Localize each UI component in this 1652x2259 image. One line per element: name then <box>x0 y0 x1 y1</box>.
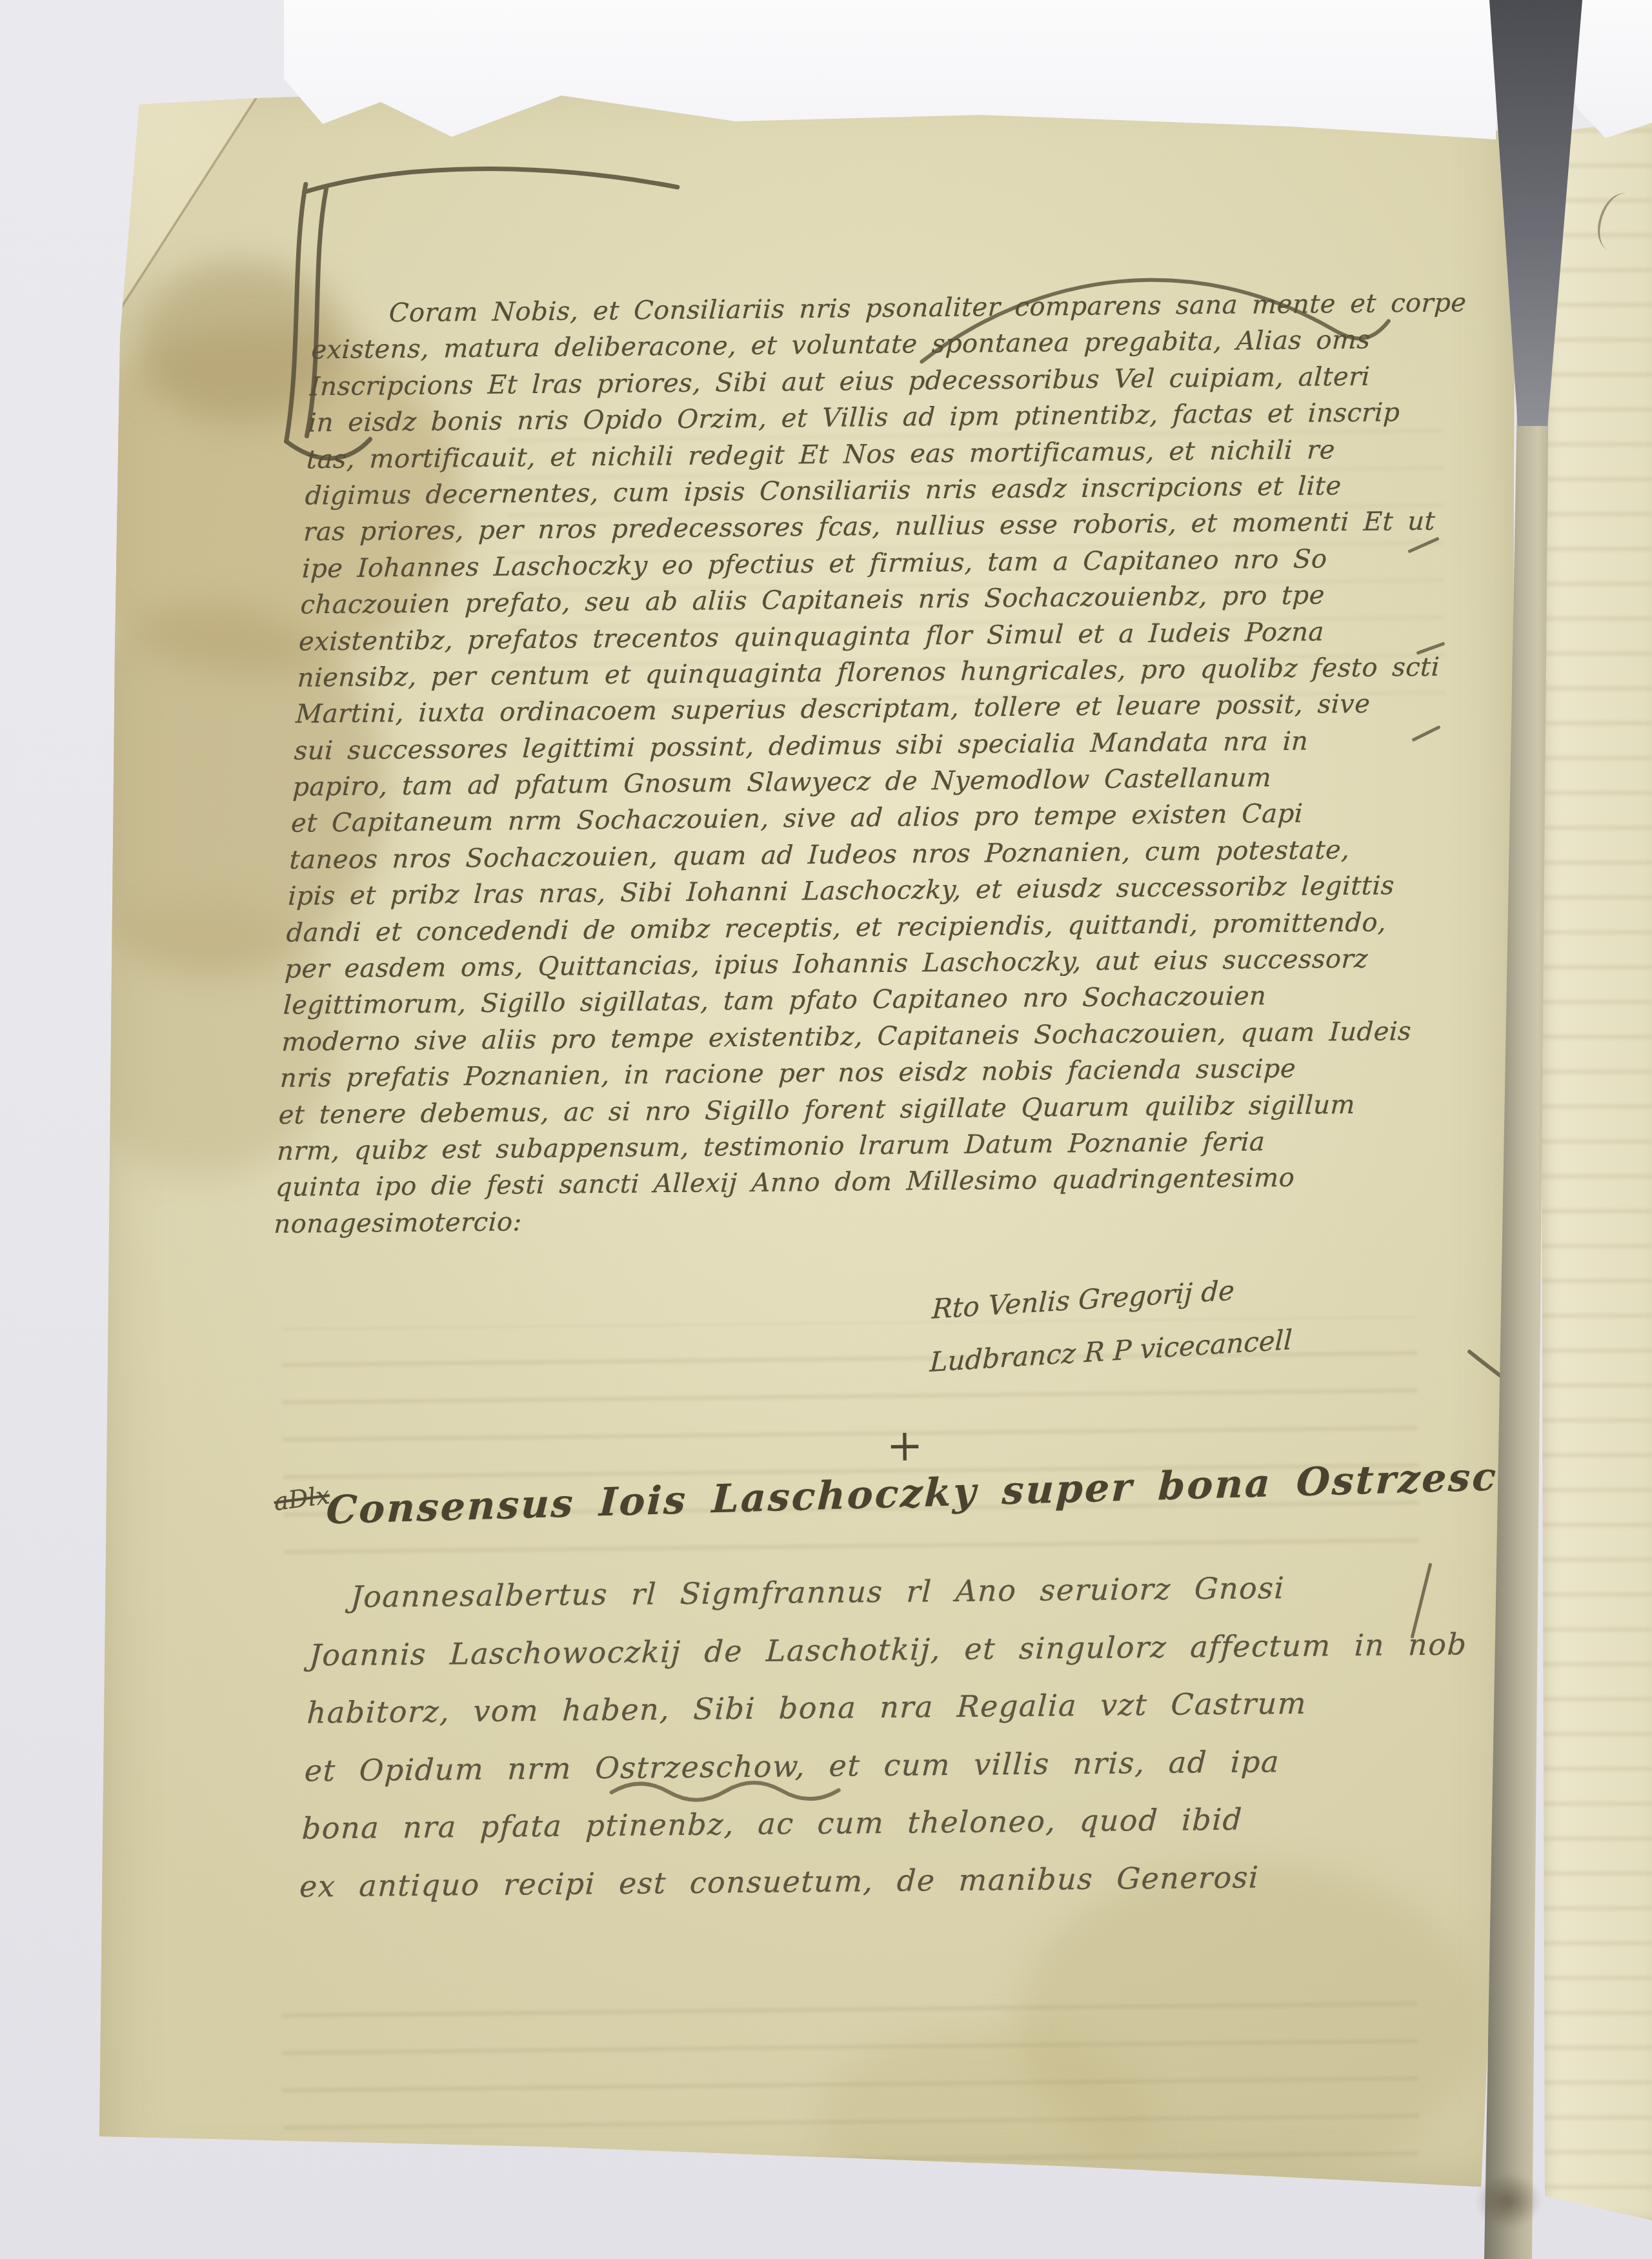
wavy-underline <box>609 1776 867 1807</box>
cross-mark: + <box>886 1420 923 1472</box>
text-line: bona nra pfata ptinenbz, ac cum theloneo… <box>300 1799 1477 1869</box>
text-line: ex antiquo recipi est consuetum, de mani… <box>298 1858 1475 1927</box>
signature-block: Rto Venlis Gregorij de Ludbrancz R P vic… <box>929 1247 1513 1389</box>
text-line: habitorz, vom haben, Sibi bona nra Regal… <box>305 1684 1482 1753</box>
margin-note: aDlx <box>272 1481 332 1516</box>
page-main: Coram Nobis, et Consiliariis nris psonal… <box>96 67 1519 2192</box>
text-line: Joannis Laschowoczkij de Laschotkij, et … <box>308 1626 1485 1696</box>
entry2-text-block: Joannesalbertus rl Sigmfrannus rl Ano se… <box>298 1568 1487 1927</box>
page-right-sliver <box>1535 115 1652 2224</box>
entry1-text-block: Coram Nobis, et Consiliariis nris psonal… <box>273 288 1449 1246</box>
photo-background: Coram Nobis, et Consiliariis nris psonal… <box>0 0 1652 2259</box>
text-line: Joannesalbertus rl Sigmfrannus rl Ano se… <box>310 1568 1487 1637</box>
text-line: et Opidum nrm Ostrzeschow, et cum villis… <box>303 1742 1480 1811</box>
entry2-heading: Consensus Iois Laschoczky super bona Ost… <box>325 1453 1553 1534</box>
cover-sheet-right <box>1568 0 1652 145</box>
rod-base-shadow <box>1476 2174 1541 2228</box>
ink-layer: Coram Nobis, et Consiliariis nris psonal… <box>96 60 1539 2198</box>
bleedthrough-text <box>1535 115 1652 2224</box>
